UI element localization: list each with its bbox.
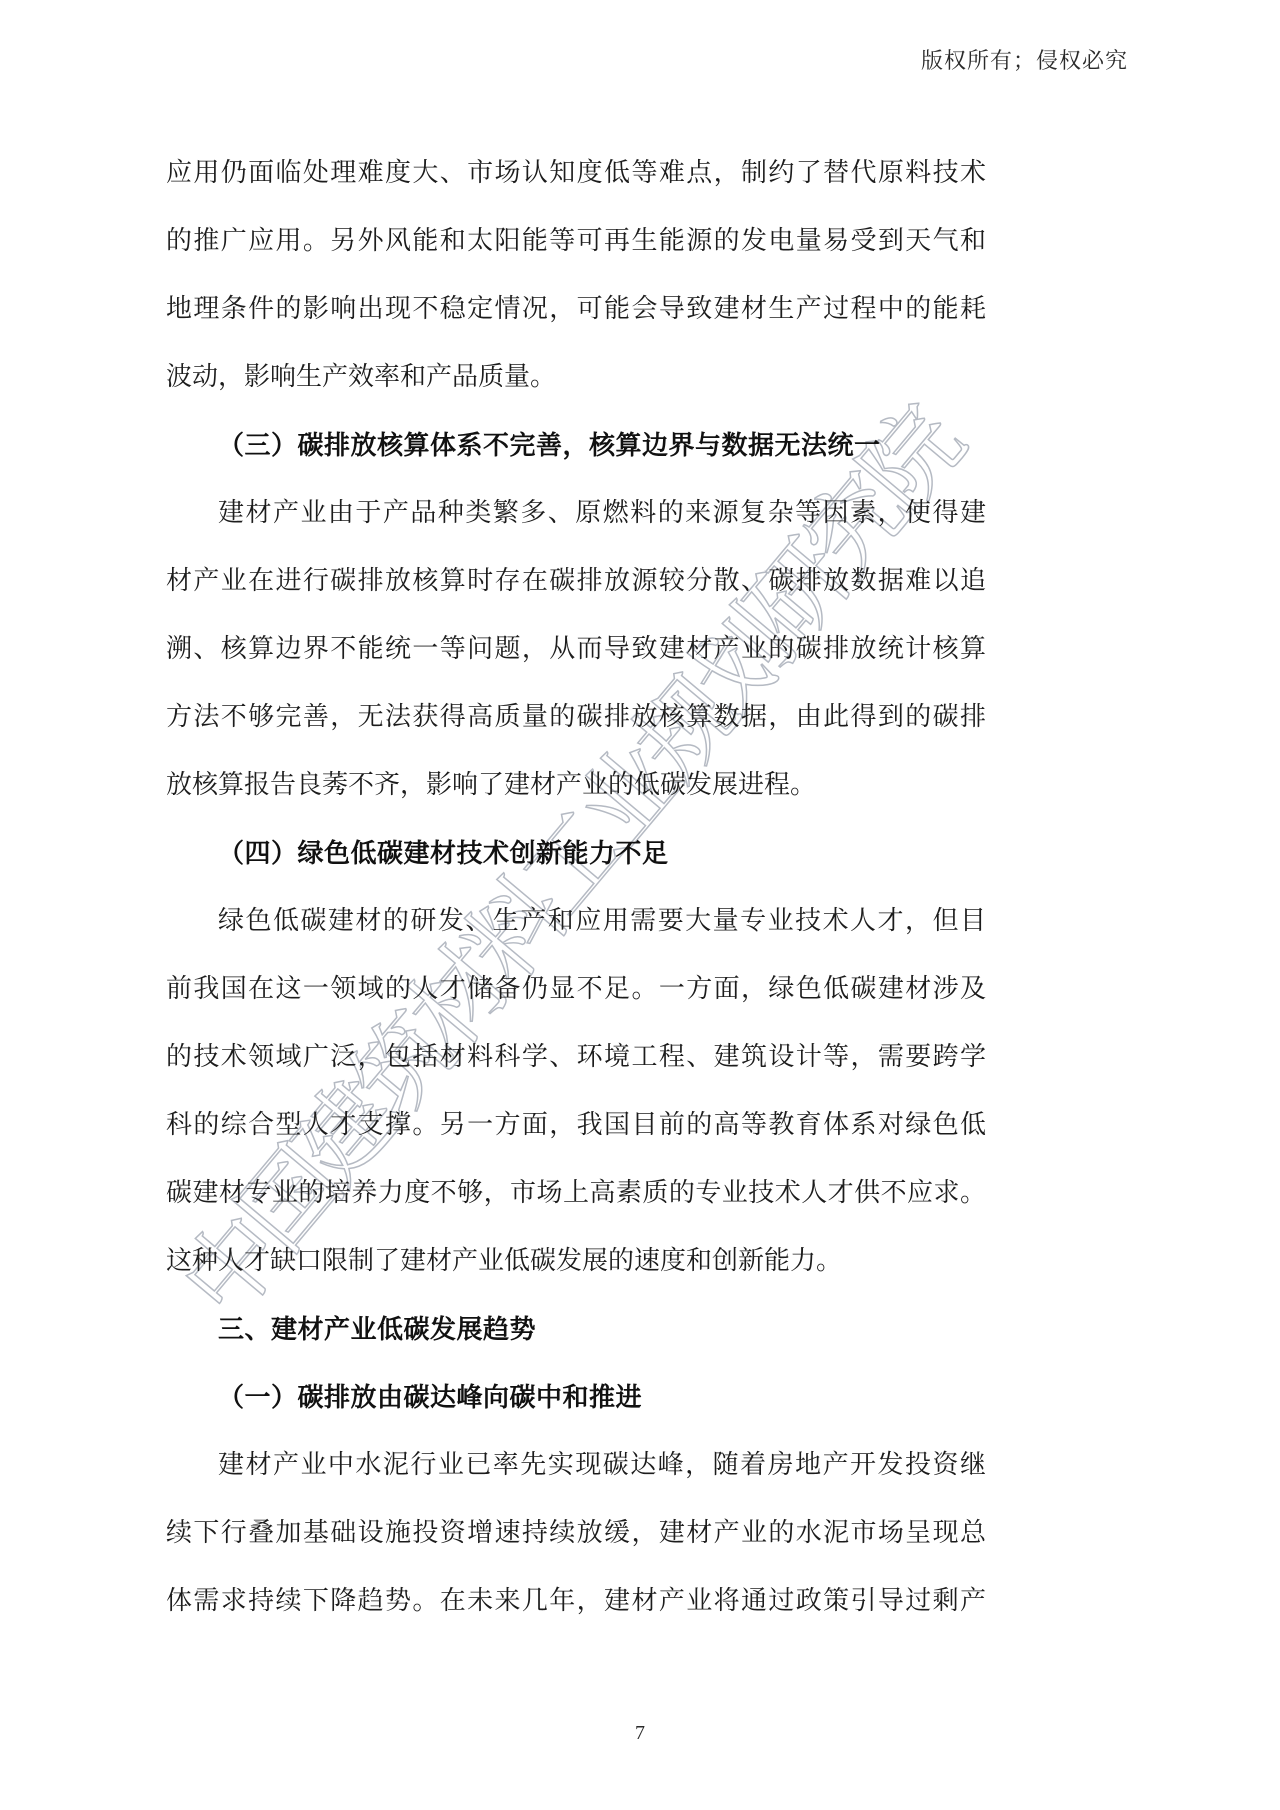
paragraph: 应用仍面临处理难度大、市场认知度低等难点，制约了替代原料技术 的推广应用。另外风… (166, 139, 986, 411)
paragraph-line: 续下行叠加基础设施投资增速持续放缓，建材产业的水泥市场呈现总 (166, 1499, 986, 1567)
paragraph-line: 的技术领域广泛，包括材料科学、环境工程、建筑设计等，需要跨学 (166, 1023, 986, 1091)
paragraph: 建材产业由于产品种类繁多、原燃料的来源复杂等因素，使得建 材产业在进行碳排放核算… (166, 479, 986, 819)
paragraph-line: 建材产业中水泥行业已率先实现碳达峰，随着房地产开发投资继 (166, 1431, 986, 1499)
paragraph-line: 波动，影响生产效率和产品质量。 (166, 343, 986, 411)
chapter-heading-3: 三、建材产业低碳发展趋势 (166, 1295, 986, 1363)
paragraph: 绿色低碳建材的研发、生产和应用需要大量专业技术人才，但目 前我国在这一领域的人才… (166, 887, 986, 1295)
paragraph-line: 建材产业由于产品种类繁多、原燃料的来源复杂等因素，使得建 (166, 479, 986, 547)
paragraph-line: 碳建材专业的培养力度不够，市场上高素质的专业技术人才供不应求。 (166, 1159, 986, 1227)
section-heading-1: （一）碳排放由碳达峰向碳中和推进 (166, 1363, 986, 1431)
page-number: 7 (0, 1722, 1280, 1745)
paragraph-line: 绿色低碳建材的研发、生产和应用需要大量专业技术人才，但目 (166, 887, 986, 955)
paragraph-line: 前我国在这一领域的人才储备仍显不足。一方面，绿色低碳建材涉及 (166, 955, 986, 1023)
document-page: 版权所有；侵权必究 中国建筑材料工业规划研究院 应用仍面临处理难度大、市场认知度… (0, 0, 1280, 1810)
paragraph-line: 材产业在进行碳排放核算时存在碳排放源较分散、碳排放数据难以追 (166, 547, 986, 615)
paragraph-line: 的推广应用。另外风能和太阳能等可再生能源的发电量易受到天气和 (166, 207, 986, 275)
paragraph-line: 体需求持续下降趋势。在未来几年，建材产业将通过政策引导过剩产 (166, 1567, 986, 1635)
section-heading-3: （三）碳排放核算体系不完善，核算边界与数据无法统一 (166, 411, 986, 479)
page-body: 应用仍面临处理难度大、市场认知度低等难点，制约了替代原料技术 的推广应用。另外风… (166, 139, 986, 1635)
paragraph-line: 这种人才缺口限制了建材产业低碳发展的速度和创新能力。 (166, 1227, 986, 1295)
paragraph-line: 地理条件的影响出现不稳定情况，可能会导致建材生产过程中的能耗 (166, 275, 986, 343)
paragraph-line: 放核算报告良莠不齐，影响了建材产业的低碳发展进程。 (166, 751, 986, 819)
paragraph-line: 溯、核算边界不能统一等问题，从而导致建材产业的碳排放统计核算 (166, 615, 986, 683)
paragraph-line: 应用仍面临处理难度大、市场认知度低等难点，制约了替代原料技术 (166, 139, 986, 207)
section-heading-4: （四）绿色低碳建材技术创新能力不足 (166, 819, 986, 887)
paragraph: 建材产业中水泥行业已率先实现碳达峰，随着房地产开发投资继 续下行叠加基础设施投资… (166, 1431, 986, 1635)
paragraph-line: 方法不够完善，无法获得高质量的碳排放核算数据，由此得到的碳排 (166, 683, 986, 751)
paragraph-line: 科的综合型人才支撑。另一方面，我国目前的高等教育体系对绿色低 (166, 1091, 986, 1159)
copyright-notice: 版权所有；侵权必究 (921, 44, 1128, 75)
